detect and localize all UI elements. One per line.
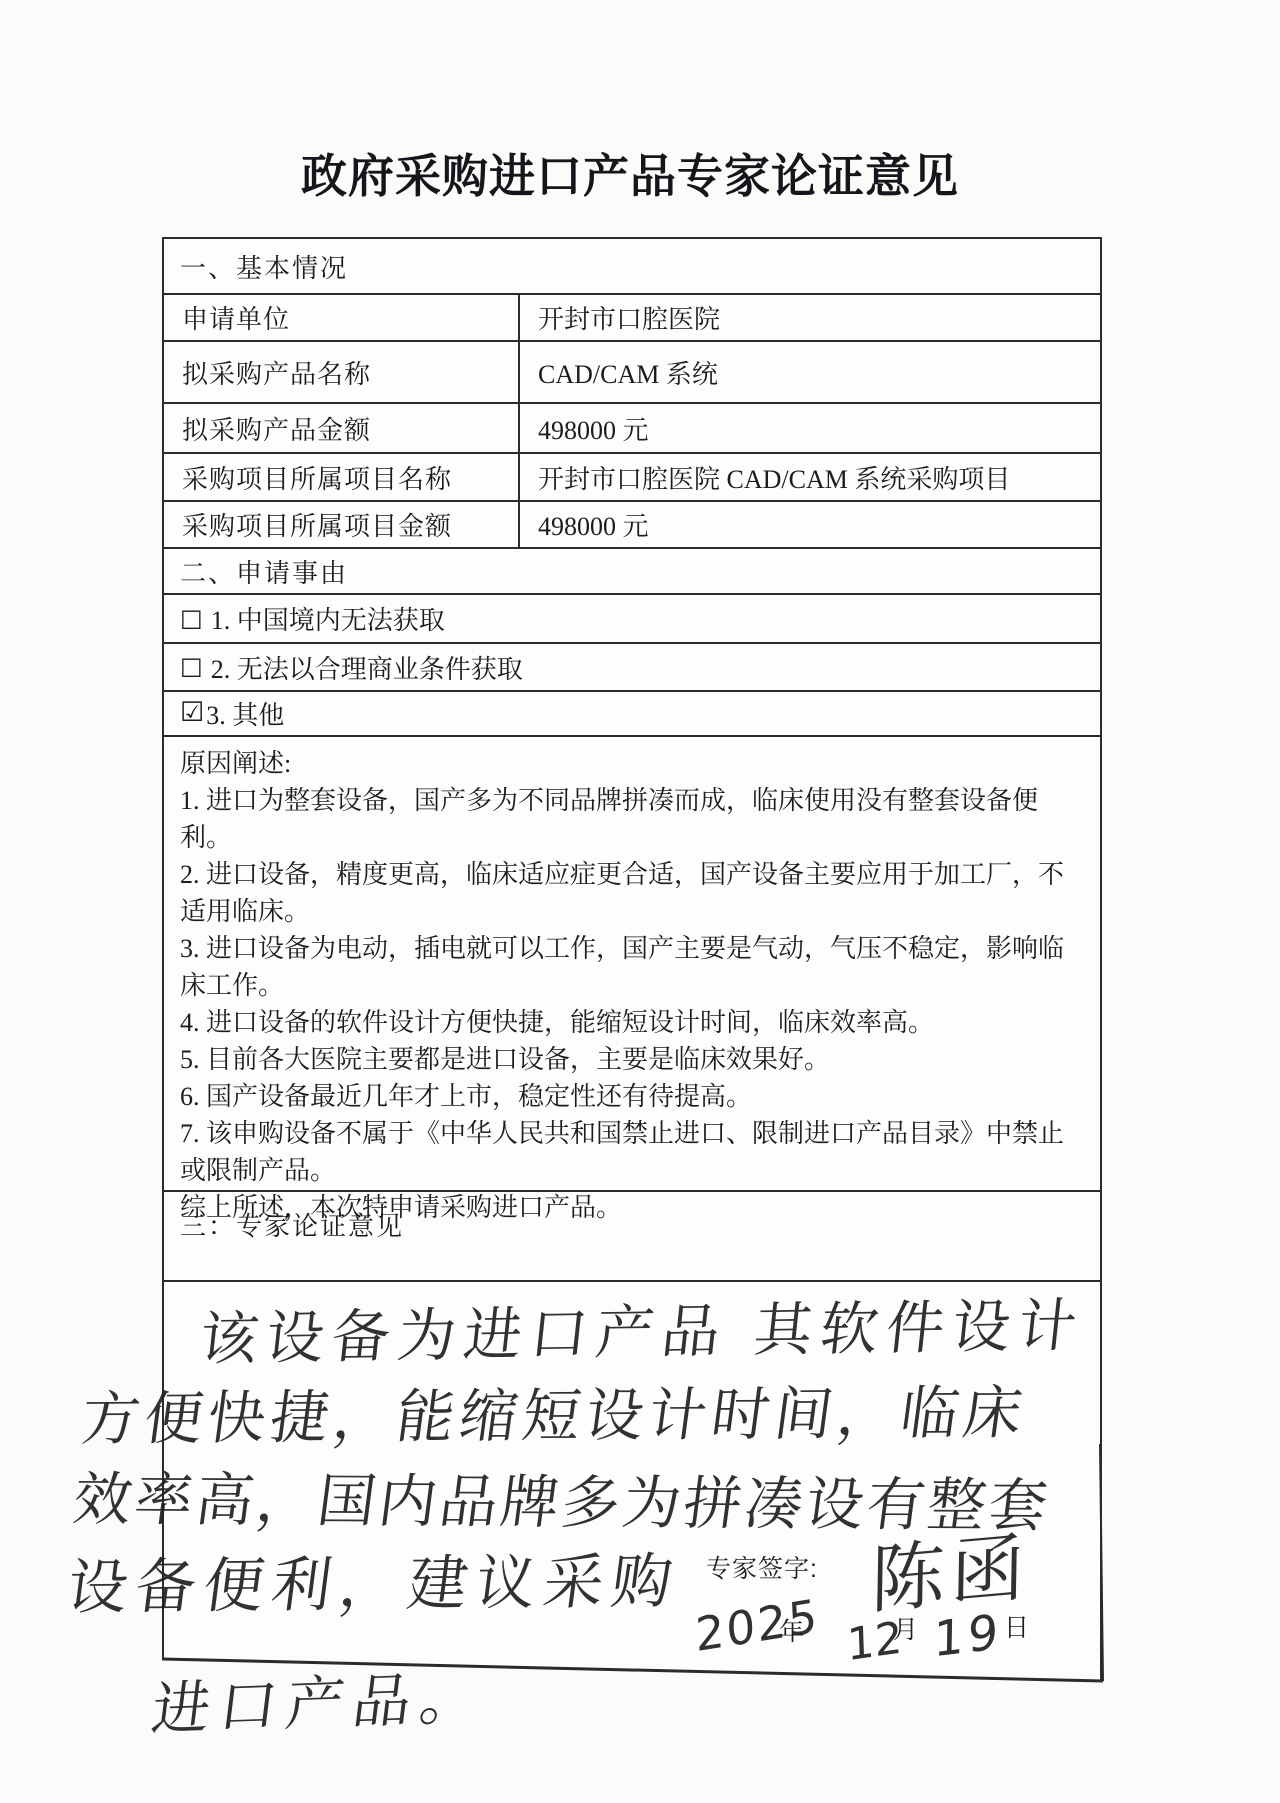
date-month-unit: 月 — [893, 1610, 918, 1646]
row-label: 拟采购产品名称 — [164, 342, 520, 402]
expert-signature-label: 专家签字: — [706, 1549, 818, 1585]
handwritten-date-day: 19 — [933, 1604, 1003, 1669]
scanned-document-page: 政府采购进口产品专家论证意见 一、基本情况 申请单位 开封市口腔医院 拟采购产品… — [0, 0, 1280, 1803]
date-day-unit: 日 — [1004, 1608, 1029, 1644]
row-label: 采购项目所属项目金额 — [164, 502, 520, 547]
handwritten-opinion-line-5: 进口产品。 — [148, 1650, 493, 1746]
reason-line: 4. 进口设备的软件设计方便快捷，能缩短设计时间，临床效率高。 — [180, 1004, 1084, 1041]
reason-line: 1. 进口为整套设备，国产多为不同品牌拼凑而成，临床使用没有整套设备便利。 — [180, 782, 1084, 856]
option-label: 2. 无法以合理商业条件获取 — [211, 649, 523, 686]
checkbox-checked-icon: ☑ — [180, 697, 204, 728]
option-row-1: □ 1. 中国境内无法获取 — [164, 593, 1100, 642]
reason-statement-row: 原因阐述: 1. 进口为整套设备，国产多为不同品牌拼凑而成，临床使用没有整套设备… — [164, 735, 1100, 1190]
row-value: CAD/CAM 系统 — [520, 342, 1100, 402]
section3-header: 三：专家论证意见 — [164, 1192, 404, 1243]
row-label: 拟采购产品金额 — [164, 404, 520, 452]
section2-header-row: 二、申请事由 — [164, 547, 1100, 593]
reason-heading: 原因阐述: — [180, 745, 1084, 782]
checkbox-unchecked-icon: □ — [180, 652, 203, 680]
reason-line: 5. 目前各大医院主要都是进口设备，主要是临床效果好。 — [180, 1041, 1084, 1078]
table-row-applicant: 申请单位 开封市口腔医院 — [164, 293, 1100, 340]
option-label: 1. 中国境内无法获取 — [211, 600, 445, 637]
row-label: 采购项目所属项目名称 — [164, 454, 520, 500]
reason-line: 7. 该申购设备不属于《中华人民共和国禁止进口、限制进口产品目录》中禁止或限制产… — [180, 1115, 1084, 1189]
table-row-project-name: 采购项目所属项目名称 开封市口腔医院 CAD/CAM 系统采购项目 — [164, 452, 1100, 500]
row-value: 开封市口腔医院 CAD/CAM 系统采购项目 — [520, 454, 1100, 500]
option-row-3-checked: ☑ 3. 其他 — [164, 690, 1100, 735]
handwritten-opinion-line-1: 该设备为进口产品 其软件设计 — [196, 1278, 1089, 1376]
row-label: 申请单位 — [164, 295, 520, 340]
handwritten-opinion-line-4: 设备便利，建议采购 — [63, 1534, 686, 1627]
reason-line: 6. 国产设备最近几年才上市，稳定性还有待提高。 — [180, 1078, 1084, 1115]
section1-header-row: 一、基本情况 — [164, 239, 1100, 293]
table-row-product-name: 拟采购产品名称 CAD/CAM 系统 — [164, 340, 1100, 402]
table-row-project-amount: 采购项目所属项目金额 498000 元 — [164, 500, 1100, 547]
document-title: 政府采购进口产品专家论证意见 — [0, 140, 1260, 206]
date-year-unit: 年 — [779, 1612, 804, 1648]
handwritten-opinion-line-2: 方便快捷，能缩短设计时间，临床 — [77, 1365, 1033, 1456]
table-row-product-amount: 拟采购产品金额 498000 元 — [164, 402, 1100, 452]
row-value: 498000 元 — [520, 404, 1100, 452]
row-value: 498000 元 — [520, 502, 1100, 547]
option-row-2: □ 2. 无法以合理商业条件获取 — [164, 642, 1100, 690]
section1-header: 一、基本情况 — [164, 248, 348, 285]
reason-line: 3. 进口设备为电动，插电就可以工作，国产主要是气动，气压不稳定，影响临床工作。 — [180, 930, 1084, 1004]
row-value: 开封市口腔医院 — [520, 295, 1100, 340]
checkbox-unchecked-icon: □ — [180, 604, 203, 632]
reason-statement-cell: 原因阐述: 1. 进口为整套设备，国产多为不同品牌拼凑而成，临床使用没有整套设备… — [164, 737, 1100, 1226]
reason-line: 2. 进口设备，精度更高，临床适应症更合适，国产设备主要应用于加工厂，不适用临床… — [180, 856, 1084, 930]
section2-header: 二、申请事由 — [164, 553, 348, 590]
option-label: 3. 其他 — [206, 695, 284, 732]
